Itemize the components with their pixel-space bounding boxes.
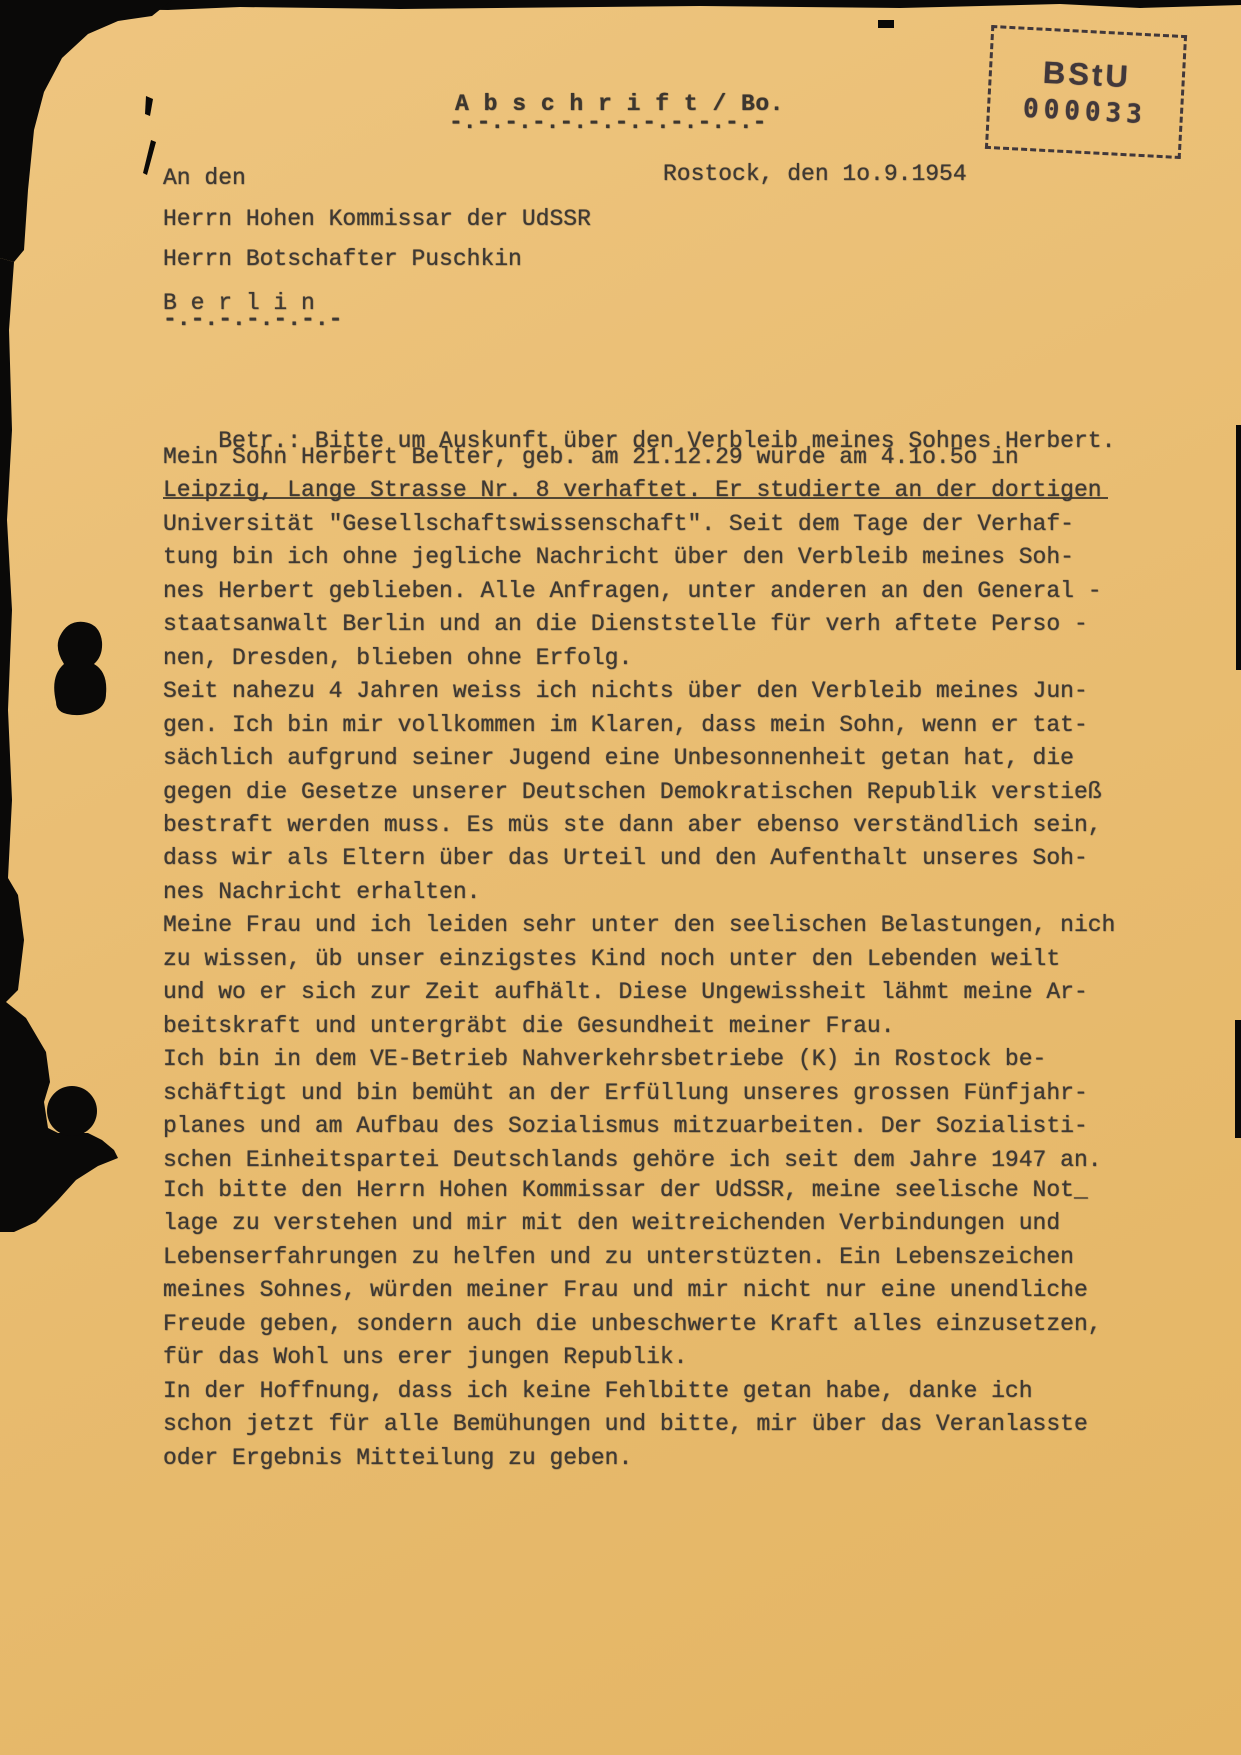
body-line: Leipzig, Lange Strasse Nr. 8 verhaftet. … (163, 474, 1115, 507)
stamp-label: BStU (1042, 55, 1132, 96)
body-line: meines Sohnes, würden meiner Frau und mi… (163, 1274, 1102, 1307)
body-line: beitskraft und untergräbt die Gesundheit… (163, 1010, 1115, 1043)
document-title-underline: -.-.-.-.-.-.-.-.-.-.-.- (449, 106, 766, 139)
body-line: dass wir als Eltern über das Urteil und … (163, 842, 1115, 875)
body-line: tung bin ich ohne jegliche Nachricht übe… (163, 541, 1115, 574)
body-line: Ich bitte den Herrn Hohen Kommissar der … (163, 1174, 1102, 1207)
recipient-city-underline: -.-.-.-.-.-.- (163, 303, 342, 336)
stamp-number: 000033 (1022, 94, 1147, 130)
body-line: und wo er sich zur Zeit aufhält. Diese U… (163, 976, 1115, 1009)
body-line: zu wissen, üb unser einzigstes Kind noch… (163, 943, 1115, 976)
body-line: Mein Sohn Herbert Belter, geb. am 21.12.… (163, 441, 1115, 474)
body-line: schen Einheitspartei Deutschlands gehöre… (163, 1144, 1115, 1177)
body-line: sächlich aufgrund seiner Jugend eine Unb… (163, 742, 1115, 775)
body-line: gen. Ich bin mir vollkommen im Klaren, d… (163, 709, 1115, 742)
body-paragraph-2: Ich bitte den Herrn Hohen Kommissar der … (163, 1174, 1102, 1475)
body-line: nes Herbert geblieben. Alle Anfragen, un… (163, 575, 1115, 608)
body-line: Ich bin in dem VE-Betrieb Nahverkehrsbet… (163, 1043, 1115, 1076)
body-line: Meine Frau und ich leiden sehr unter den… (163, 909, 1115, 942)
body-line: Freude geben, sondern auch die unbeschwe… (163, 1308, 1102, 1341)
body-line: für das Wohl uns erer jungen Republik. (163, 1341, 1102, 1374)
recipient-address-line: Herrn Botschafter Puschkin (163, 239, 591, 280)
bottom-left-knob-shape (47, 1086, 97, 1136)
right-edge-sliver-upper (1236, 425, 1241, 670)
left-edge-tear-shape (0, 258, 14, 878)
body-line: In der Hoffnung, dass ich keine Fehlbitt… (163, 1375, 1102, 1408)
stray-slash-mark (143, 140, 156, 175)
bstu-stamp: BStU 000033 (985, 25, 1187, 159)
body-paragraph-1: Mein Sohn Herbert Belter, geb. am 21.12.… (163, 441, 1115, 1177)
body-line: lage zu verstehen und mir mit den weitre… (163, 1207, 1102, 1240)
recipient-address: An denHerrn Hohen Kommissar der UdSSRHer… (163, 158, 591, 280)
ink-blob-bust-shape (54, 622, 106, 715)
dateline: Rostock, den 1o.9.1954 (663, 158, 967, 191)
body-line: nes Nachricht erhalten. (163, 876, 1115, 909)
letter-page: BStU 000033 A b s c h r i f t / Bo. -.-.… (0, 0, 1241, 1755)
body-line: schon jetzt für alle Bemühungen und bitt… (163, 1408, 1102, 1441)
recipient-address-line: An den (163, 158, 591, 199)
body-line: gegen die Gesetze unserer Deutschen Demo… (163, 776, 1115, 809)
stray-apostrophe-mark (145, 96, 153, 116)
right-edge-sliver-lower (1235, 1020, 1241, 1138)
body-line: planes und am Aufbau des Sozialismus mit… (163, 1110, 1115, 1143)
bottom-left-damage-shape (0, 878, 118, 1232)
torn-top-left-corner-shape (0, 0, 172, 262)
recipient-address-line: Herrn Hohen Kommissar der UdSSR (163, 199, 591, 240)
body-line: schäftigt und bin bemüht an der Erfüllun… (163, 1077, 1115, 1110)
top-stray-mark (878, 20, 894, 28)
body-line: oder Ergebnis Mitteilung zu geben. (163, 1442, 1102, 1475)
body-line: Lebenserfahrungen zu helfen und zu unter… (163, 1241, 1102, 1274)
body-line: Universität "Gesellschaftswissenschaft".… (163, 508, 1115, 541)
torn-top-edge-shape (0, 0, 1241, 10)
body-line: Seit nahezu 4 Jahren weiss ich nichts üb… (163, 675, 1115, 708)
body-line: nen, Dresden, blieben ohne Erfolg. (163, 642, 1115, 675)
body-line: staatsanwalt Berlin und an die Dienstste… (163, 608, 1115, 641)
body-line: bestraft werden muss. Es müs ste dann ab… (163, 809, 1115, 842)
